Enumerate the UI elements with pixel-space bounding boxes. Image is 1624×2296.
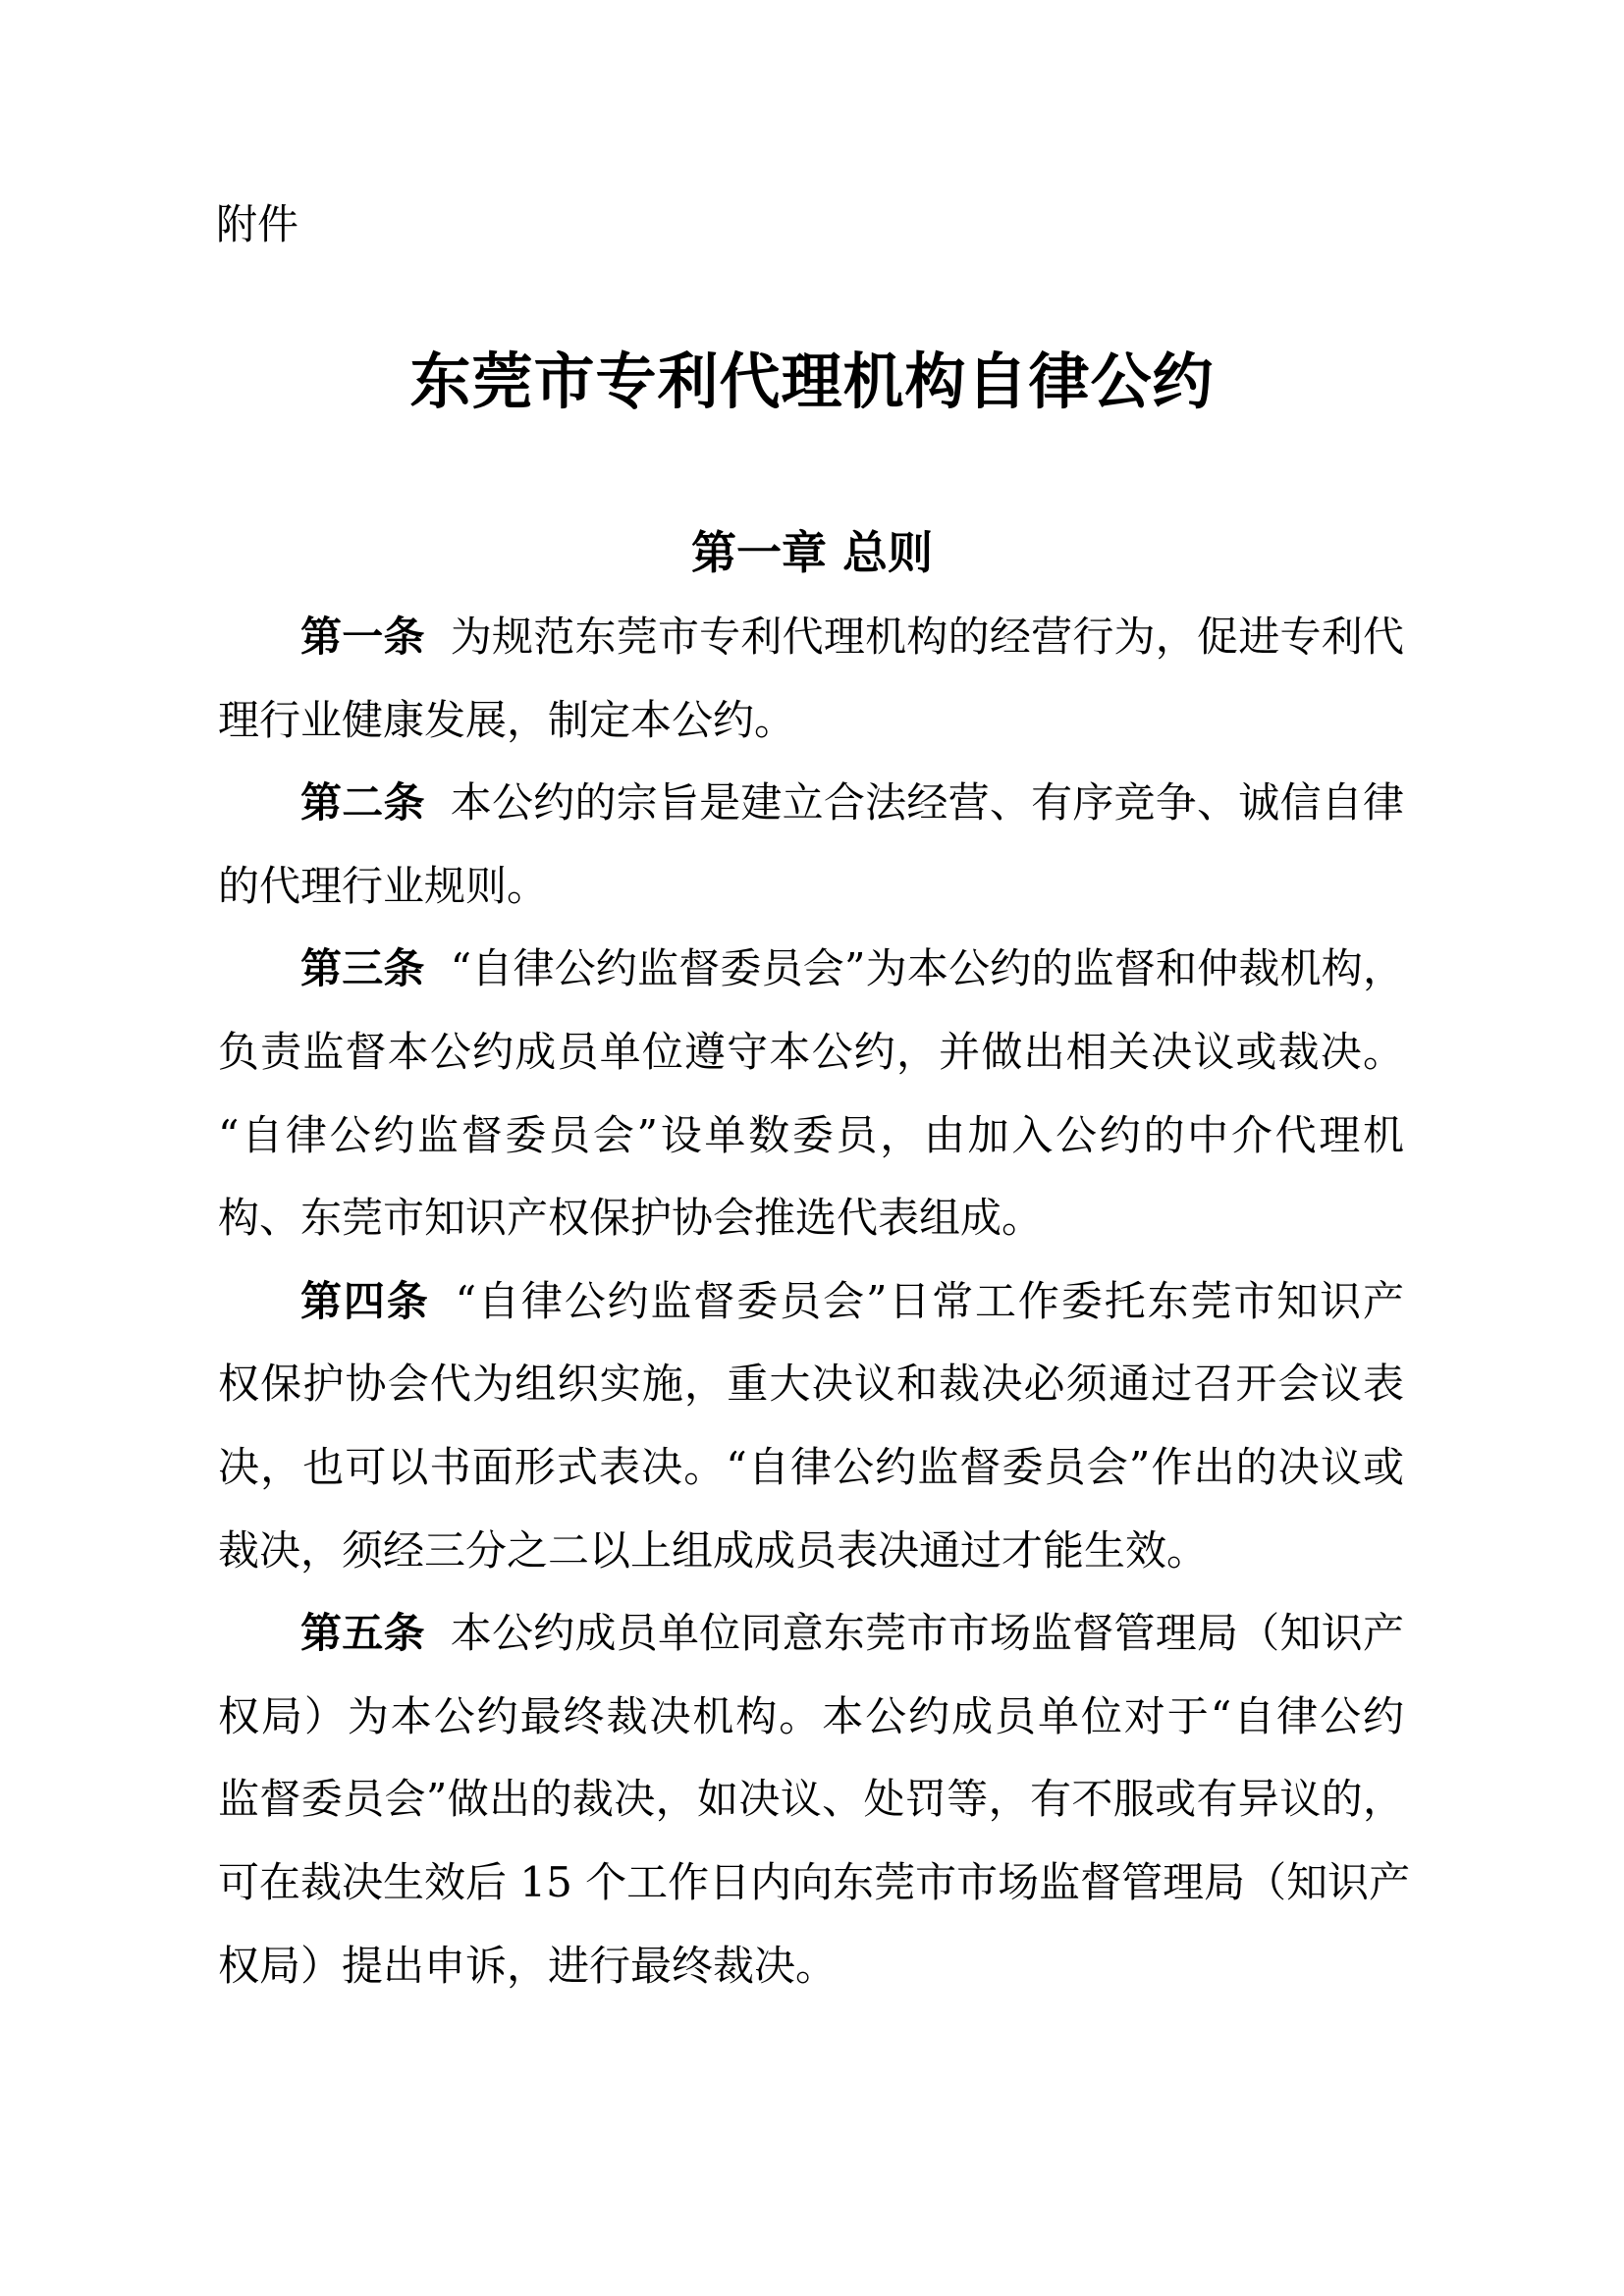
article-2-first-line-text: 本公约的宗旨是建立合法经营、有序竞争、诚信自律	[451, 778, 1404, 827]
article-3-first-line-text: “自律公约监督委员会”为本公约的监督和仲裁机构，	[451, 944, 1404, 992]
article-5-line-4: 可在裁决生效后 15 个工作日内向东莞市市场监督管理局（知识产	[218, 1842, 1404, 1925]
article-5-line-5: 权局）提出申诉，进行最终裁决。	[218, 1925, 1404, 2008]
article-5-line-3: 监督委员会”做出的裁决，如决议、处罚等，有不服或有异议的，	[218, 1758, 1404, 1842]
article-2-line-2: 的代理行业规则。	[218, 845, 1404, 929]
document-body: 第一条为规范东莞市专利代理机构的经营行为，促进专利代 理行业健康发展，制定本公约…	[218, 596, 1404, 2007]
article-2-label: 第二条	[300, 778, 425, 827]
article-5-label: 第五条	[300, 1609, 425, 1657]
article-4-label: 第四条	[300, 1277, 430, 1325]
article-3-label: 第三条	[300, 944, 425, 992]
article-4-line-1: 第四条“自律公约监督委员会”日常工作委托东莞市知识产	[218, 1260, 1404, 1344]
article-3-line-4: 构、东莞市知识产权保护协会推选代表组成。	[218, 1177, 1404, 1260]
chapter-heading: 第一章 总则	[0, 524, 1624, 581]
article-1-line-1: 第一条为规范东莞市专利代理机构的经营行为，促进专利代	[218, 596, 1404, 679]
article-4-line-4: 裁决，须经三分之二以上组成成员表决通过才能生效。	[218, 1510, 1404, 1593]
article-3-line-2: 负责监督本公约成员单位遵守本公约，并做出相关决议或裁决。	[218, 1011, 1404, 1095]
article-3-line-1: 第三条“自律公约监督委员会”为本公约的监督和仲裁机构，	[218, 928, 1404, 1011]
article-4-line-3: 决，也可以书面形式表决。“自律公约监督委员会”作出的决议或	[218, 1426, 1404, 1510]
attachment-label: 附件	[216, 200, 298, 249]
article-1-first-line-text: 为规范东莞市专利代理机构的经营行为，促进专利代	[451, 613, 1404, 661]
article-4-line-2: 权保护协会代为组织实施，重大决议和裁决必须通过召开会议表	[218, 1343, 1404, 1426]
document-page: { "page": { "background": "#ffffff", "te…	[0, 0, 1624, 2296]
article-4-first-line-text: “自律公约监督委员会”日常工作委托东莞市知识产	[456, 1277, 1404, 1325]
article-3-line-3: “自律公约监督委员会”设单数委员，由加入公约的中介代理机	[218, 1095, 1404, 1178]
article-1-line-2: 理行业健康发展，制定本公约。	[218, 679, 1404, 763]
article-1-label: 第一条	[300, 613, 425, 661]
article-5-line-1: 第五条本公约成员单位同意东莞市市场监督管理局（知识产	[218, 1592, 1404, 1676]
article-2-line-1: 第二条本公约的宗旨是建立合法经营、有序竞争、诚信自律	[218, 762, 1404, 845]
document-title: 东莞市专利代理机构自律公约	[0, 344, 1624, 420]
article-5-line-2: 权局）为本公约最终裁决机构。本公约成员单位对于“自律公约	[218, 1676, 1404, 1759]
article-5-first-line-text: 本公约成员单位同意东莞市市场监督管理局（知识产	[451, 1609, 1404, 1657]
